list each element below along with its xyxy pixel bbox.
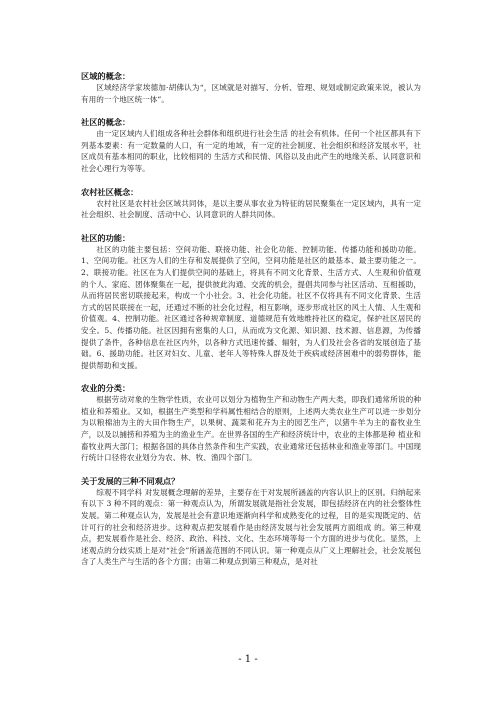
- document-page: 区域的概念： 区域经济学家埃德加·胡佛认为“，区域就是对描写、分析、管理、规划或…: [81, 70, 421, 579]
- section-body: 社区的功能主要包括：空间功能、联接功能、社会化功能、控制功能、传播功能和援助功能…: [81, 244, 421, 372]
- section-body: 农村社区是农村社会区域共同体，是以主要从事农业为特征的居民聚集在一定区域内，具有…: [81, 198, 421, 221]
- section-body: 由一定区域内人们组成各种社会群体和组织进行社会生活 的社会有机体。任何一个社区都…: [81, 128, 421, 174]
- section-heading: 社区的概念：: [81, 116, 421, 128]
- section-heading: 关于发展的三种不同观点？: [81, 475, 421, 487]
- section-heading: 农村社区概念：: [81, 186, 421, 198]
- section-community-functions: 社区的功能： 社区的功能主要包括：空间功能、联接功能、社会化功能、控制功能、传播…: [81, 232, 421, 372]
- section-rural-community-concept: 农村社区概念： 农村社区是农村社会区域共同体，是以主要从事农业为特征的居民聚集在…: [81, 186, 421, 221]
- section-body: 区域经济学家埃德加·胡佛认为“，区域就是对描写、分析、管理、规划或制定政策来说，…: [81, 82, 421, 105]
- section-development-views: 关于发展的三种不同观点？ 综观不同学科 对发展概念理解的差异，主要存在于对发展所…: [81, 475, 421, 568]
- section-heading: 社区的功能：: [81, 232, 421, 244]
- section-region-concept: 区域的概念： 区域经济学家埃德加·胡佛认为“，区域就是对描写、分析、管理、规划或…: [81, 70, 421, 105]
- section-heading: 农业的分类：: [81, 382, 421, 394]
- page-number: - 1 -: [0, 654, 496, 665]
- section-community-concept: 社区的概念： 由一定区域内人们组成各种社会群体和组织进行社会生活 的社会有机体。…: [81, 116, 421, 174]
- section-agriculture-classification: 农业的分类： 根据劳动对象的生物学性质，农业可以划分为植物生产和动物生产两大类，…: [81, 382, 421, 464]
- section-heading: 区域的概念：: [81, 70, 421, 82]
- section-body: 根据劳动对象的生物学性质，农业可以划分为植物生产和动物生产两大类，即我们通常所说…: [81, 394, 421, 464]
- section-body: 综观不同学科 对发展概念理解的差异，主要存在于对发展所涵盖的内容认识上的区别。归…: [81, 487, 421, 568]
